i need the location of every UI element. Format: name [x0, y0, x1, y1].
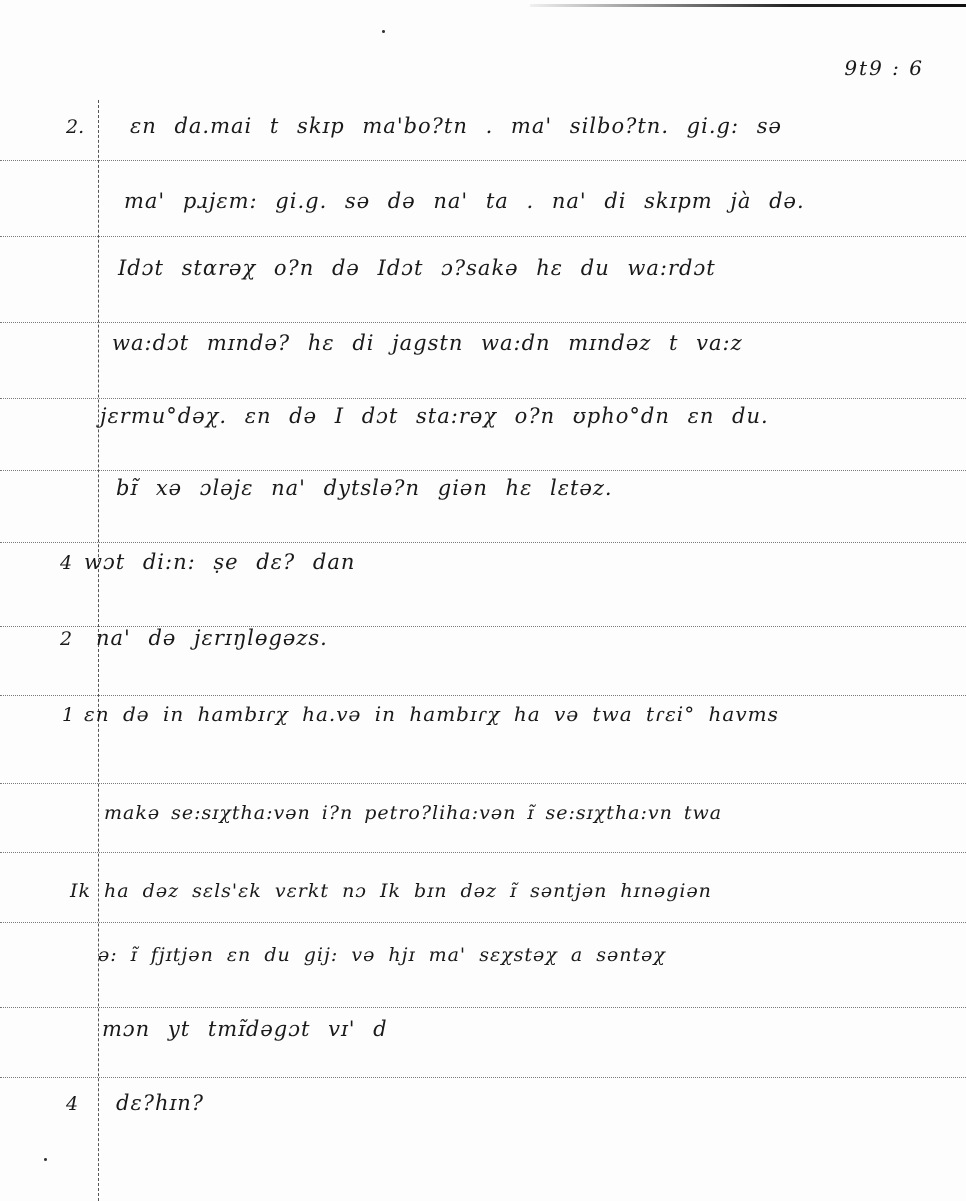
line-text: ə: ɪ̃ fjɪtjən ɛn du gij: və hjɪ ma' sɛχs…: [98, 944, 666, 966]
transcript-line: wa:dɔt mɪndə? hɛ di jagstn wa:dn mɪndəz …: [0, 327, 966, 367]
transcript-line: 2 na' də jɛrɪŋlɵgəzs.: [0, 622, 966, 662]
transcript-line: ma' pɹjɛm: gi.g. sə də na' ta . na' di s…: [0, 185, 966, 225]
scanned-page: 9t9 : 6 2. ɛn da.mai t skɪp ma'bo?tn . m…: [0, 0, 966, 1201]
line-number: 4: [60, 552, 72, 574]
ruled-line: [0, 322, 966, 323]
transcript-line: jɛrmu°dəχ. ɛn də I dɔt sta:rəχ o?n ʊpho°…: [0, 400, 966, 440]
line-text: ɛn də in hambɪɾχ ha.və in hambɪɾχ ha və …: [84, 702, 779, 726]
line-text: ɛn da.mai t skɪp ma'bo?tn . ma' silbo?tn…: [130, 114, 782, 138]
line-number: 2: [60, 628, 72, 650]
ruled-line: [0, 398, 966, 399]
scan-speck: [382, 30, 385, 33]
line-text: bɪ̃ xə ɔləjɛ na' dytslə?n giən hɛ lɛtəz.: [116, 476, 613, 500]
line-text: mɔn yt tmɪ̃dəgɔt vɪ' d: [102, 1017, 388, 1041]
line-text: Ik ha dəz sɛls'ɛk vɛrkt nɔ Ik bɪn dəz ɪ̃…: [70, 880, 712, 902]
transcript-line: Ik ha dəz sɛls'ɛk vɛrkt nɔ Ik bɪn dəz ɪ̃…: [0, 876, 966, 916]
transcript-line: makə se:sɪχtha:vən i?n petro?liha:vən ɪ̃…: [0, 798, 966, 838]
page-reference: 9t9 : 6: [844, 56, 924, 80]
line-text: dɛ?hɪn?: [116, 1091, 204, 1115]
line-text: na' də jɛrɪŋlɵgəzs.: [96, 626, 328, 650]
transcript-line: bɪ̃ xə ɔləjɛ na' dytslə?n giən hɛ lɛtəz.: [0, 472, 966, 512]
ruled-line: [0, 852, 966, 853]
transcript-line: 4 dɛ?hɪn?: [0, 1087, 966, 1127]
line-text: ma' pɹjɛm: gi.g. sə də na' ta . na' di s…: [124, 189, 805, 213]
transcript-line: Idɔt stαrəχ o?n də Idɔt ɔ?sakə hɛ du wa:…: [0, 252, 966, 292]
line-number: 1: [62, 704, 74, 726]
line-text: Idɔt stαrəχ o?n də Idɔt ɔ?sakə hɛ du wa:…: [118, 256, 716, 280]
ruled-line: [0, 160, 966, 161]
transcript-line: 4 wɔt di:n: ṣe dɛ? dan: [0, 546, 966, 586]
ruled-line: [0, 783, 966, 784]
line-number: 2.: [66, 116, 84, 138]
ruled-line: [0, 695, 966, 696]
scan-speck: [44, 1158, 47, 1161]
line-number: 4: [66, 1093, 78, 1115]
transcript-line: mɔn yt tmɪ̃dəgɔt vɪ' d: [0, 1013, 966, 1053]
line-text: wa:dɔt mɪndə? hɛ di jagstn wa:dn mɪndəz …: [112, 331, 743, 355]
ruled-line: [0, 922, 966, 923]
line-text: jɛrmu°dəχ. ɛn də I dɔt sta:rəχ o?n ʊpho°…: [100, 404, 769, 428]
ruled-line: [0, 1007, 966, 1008]
ruled-line: [0, 542, 966, 543]
ruled-line: [0, 1077, 966, 1078]
ruled-line: [0, 470, 966, 471]
transcript-line: 1 ɛn də in hambɪɾχ ha.və in hambɪɾχ ha v…: [0, 698, 966, 738]
line-text: wɔt di:n: ṣe dɛ? dan: [84, 550, 355, 574]
scan-edge-rule: [530, 4, 966, 7]
transcript-line: 2. ɛn da.mai t skɪp ma'bo?tn . ma' silbo…: [0, 110, 966, 150]
ruled-line: [0, 236, 966, 237]
transcript-line: ə: ɪ̃ fjɪtjən ɛn du gij: və hjɪ ma' sɛχs…: [0, 940, 966, 980]
line-text: makə se:sɪχtha:vən i?n petro?liha:vən ɪ̃…: [104, 802, 722, 824]
